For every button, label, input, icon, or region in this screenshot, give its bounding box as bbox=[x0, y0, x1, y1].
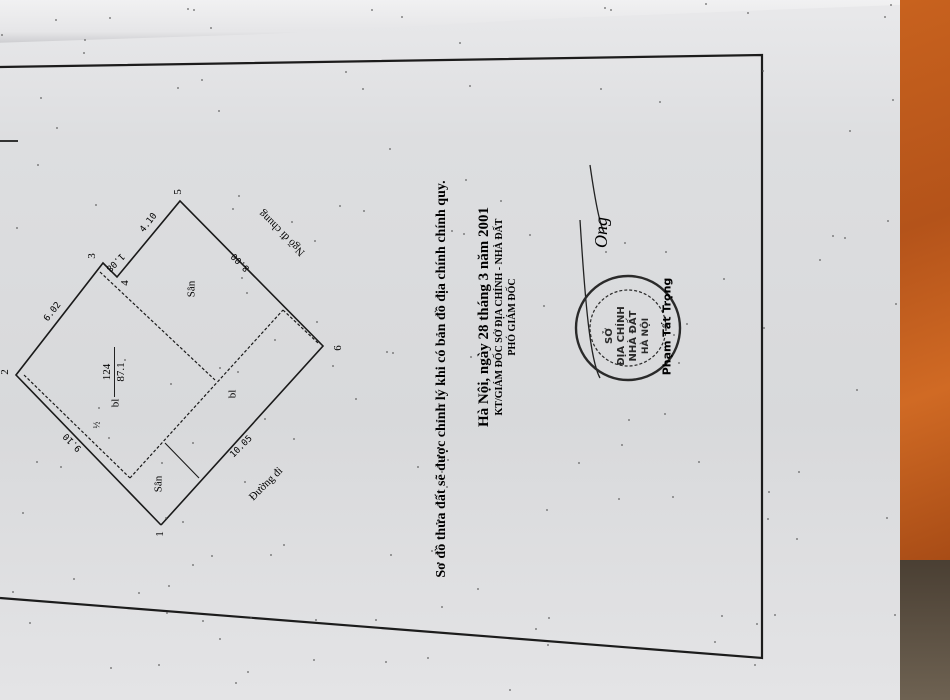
speck bbox=[548, 617, 550, 619]
speck bbox=[109, 17, 111, 19]
speck bbox=[345, 71, 347, 73]
seal-line4: HÀ NỘI bbox=[640, 288, 652, 384]
speck bbox=[250, 617, 252, 619]
speck bbox=[884, 16, 886, 18]
speck bbox=[241, 277, 243, 279]
speck bbox=[237, 371, 239, 373]
speck bbox=[600, 88, 602, 90]
speck bbox=[723, 278, 725, 280]
speck bbox=[158, 664, 160, 666]
speck bbox=[578, 462, 580, 464]
speck bbox=[819, 259, 821, 261]
speck bbox=[219, 638, 221, 640]
speck bbox=[698, 461, 700, 463]
speck bbox=[427, 657, 429, 659]
speck bbox=[193, 9, 195, 11]
speck bbox=[604, 7, 606, 9]
speck bbox=[98, 407, 100, 409]
speck bbox=[293, 438, 295, 440]
speck bbox=[389, 148, 391, 150]
speck bbox=[95, 204, 97, 206]
speck bbox=[235, 682, 237, 684]
speck bbox=[721, 615, 723, 617]
speck bbox=[890, 4, 892, 6]
speck bbox=[375, 619, 377, 621]
speck bbox=[618, 498, 620, 500]
speck bbox=[247, 671, 249, 673]
speck bbox=[605, 251, 607, 253]
speck bbox=[446, 486, 448, 488]
speck bbox=[470, 356, 472, 358]
speck bbox=[363, 210, 365, 212]
speck bbox=[459, 42, 461, 44]
speck bbox=[192, 442, 194, 444]
speck bbox=[747, 12, 749, 14]
speck bbox=[83, 52, 85, 54]
speck bbox=[762, 70, 764, 72]
speck bbox=[447, 459, 449, 461]
speck bbox=[401, 16, 403, 18]
speck bbox=[500, 200, 502, 202]
speck bbox=[84, 39, 86, 41]
speck bbox=[754, 664, 756, 666]
speck bbox=[210, 27, 212, 29]
speck bbox=[264, 418, 266, 420]
speck bbox=[22, 512, 24, 514]
speck bbox=[314, 240, 316, 242]
speck bbox=[291, 221, 293, 223]
speck bbox=[177, 87, 179, 89]
speck bbox=[543, 305, 545, 307]
speck bbox=[705, 3, 707, 5]
speck bbox=[60, 466, 62, 468]
speck bbox=[124, 359, 126, 361]
speck bbox=[362, 88, 364, 90]
speck bbox=[798, 471, 800, 473]
speck bbox=[441, 458, 443, 460]
speck bbox=[441, 471, 443, 473]
speck bbox=[547, 644, 549, 646]
speck bbox=[832, 235, 834, 237]
speck bbox=[431, 550, 433, 552]
speck bbox=[283, 544, 285, 546]
speck bbox=[849, 130, 851, 132]
speck bbox=[187, 8, 189, 10]
speck bbox=[332, 365, 334, 367]
speck bbox=[110, 667, 112, 669]
seal-line3: NHÀ ĐẤT bbox=[628, 288, 640, 384]
seal-line1: SỞ bbox=[604, 288, 616, 384]
speck bbox=[16, 227, 18, 229]
speck bbox=[246, 292, 248, 294]
text-layer: 1 2 3 4 5 6 9.10 6.02 1.08 4.10 8.00 10.… bbox=[0, 0, 950, 700]
speck bbox=[678, 362, 680, 364]
speck bbox=[763, 327, 765, 329]
speck bbox=[895, 303, 897, 305]
speck bbox=[390, 554, 392, 556]
speck bbox=[274, 339, 276, 341]
speck bbox=[463, 233, 465, 235]
speck bbox=[477, 588, 479, 590]
speck bbox=[887, 220, 889, 222]
speck bbox=[392, 352, 394, 354]
speck bbox=[201, 79, 203, 81]
speck bbox=[316, 321, 318, 323]
speck bbox=[386, 351, 388, 353]
speck bbox=[465, 179, 467, 181]
speck bbox=[767, 518, 769, 520]
speck bbox=[108, 437, 110, 439]
speck bbox=[686, 323, 688, 325]
speck bbox=[844, 237, 846, 239]
speck bbox=[546, 509, 548, 511]
speck bbox=[856, 389, 858, 391]
speck bbox=[170, 383, 172, 385]
speck bbox=[73, 578, 75, 580]
official-seal bbox=[0, 0, 950, 700]
speck bbox=[36, 461, 38, 463]
speck bbox=[673, 334, 675, 336]
speck bbox=[219, 367, 221, 369]
speck bbox=[768, 491, 770, 493]
speck bbox=[469, 85, 471, 87]
speck bbox=[55, 19, 57, 21]
speck bbox=[774, 614, 776, 616]
speck bbox=[40, 97, 42, 99]
seal-line2: ĐỊA CHÍNH bbox=[616, 288, 628, 384]
speck bbox=[138, 592, 140, 594]
speck bbox=[441, 606, 443, 608]
speck bbox=[12, 591, 14, 593]
speck bbox=[166, 612, 168, 614]
speck bbox=[182, 521, 184, 523]
speck bbox=[313, 659, 315, 661]
speck bbox=[714, 641, 716, 643]
speck bbox=[232, 208, 234, 210]
speck bbox=[244, 481, 246, 483]
speck bbox=[192, 564, 194, 566]
speck bbox=[665, 251, 667, 253]
speck bbox=[270, 554, 272, 556]
speck bbox=[628, 419, 630, 421]
speck bbox=[385, 661, 387, 663]
speck bbox=[165, 517, 167, 519]
speck bbox=[168, 585, 170, 587]
speck bbox=[202, 620, 204, 622]
signer-name: Phạm Tất Trọng bbox=[660, 278, 673, 376]
speck bbox=[535, 628, 537, 630]
speck bbox=[886, 517, 888, 519]
speck bbox=[672, 496, 674, 498]
speck bbox=[892, 99, 894, 101]
speck bbox=[29, 622, 31, 624]
speck bbox=[56, 127, 58, 129]
speck bbox=[339, 205, 341, 207]
speck bbox=[417, 466, 419, 468]
speck bbox=[610, 9, 612, 11]
speck bbox=[438, 403, 440, 405]
seal-text: SỞ ĐỊA CHÍNH NHÀ ĐẤT HÀ NỘI bbox=[604, 288, 652, 384]
speck bbox=[315, 619, 317, 621]
speck bbox=[451, 230, 453, 232]
speck bbox=[371, 9, 373, 11]
speck bbox=[796, 538, 798, 540]
speck bbox=[756, 623, 758, 625]
speck bbox=[659, 101, 661, 103]
speck bbox=[161, 462, 163, 464]
speck bbox=[664, 413, 666, 415]
speck bbox=[1, 34, 3, 36]
speck bbox=[529, 234, 531, 236]
speck bbox=[211, 555, 213, 557]
speck bbox=[621, 444, 623, 446]
speck bbox=[624, 242, 626, 244]
speck bbox=[509, 689, 511, 691]
speck bbox=[894, 614, 896, 616]
speck bbox=[218, 110, 220, 112]
speck bbox=[37, 164, 39, 166]
speck bbox=[355, 398, 357, 400]
speck bbox=[238, 195, 240, 197]
